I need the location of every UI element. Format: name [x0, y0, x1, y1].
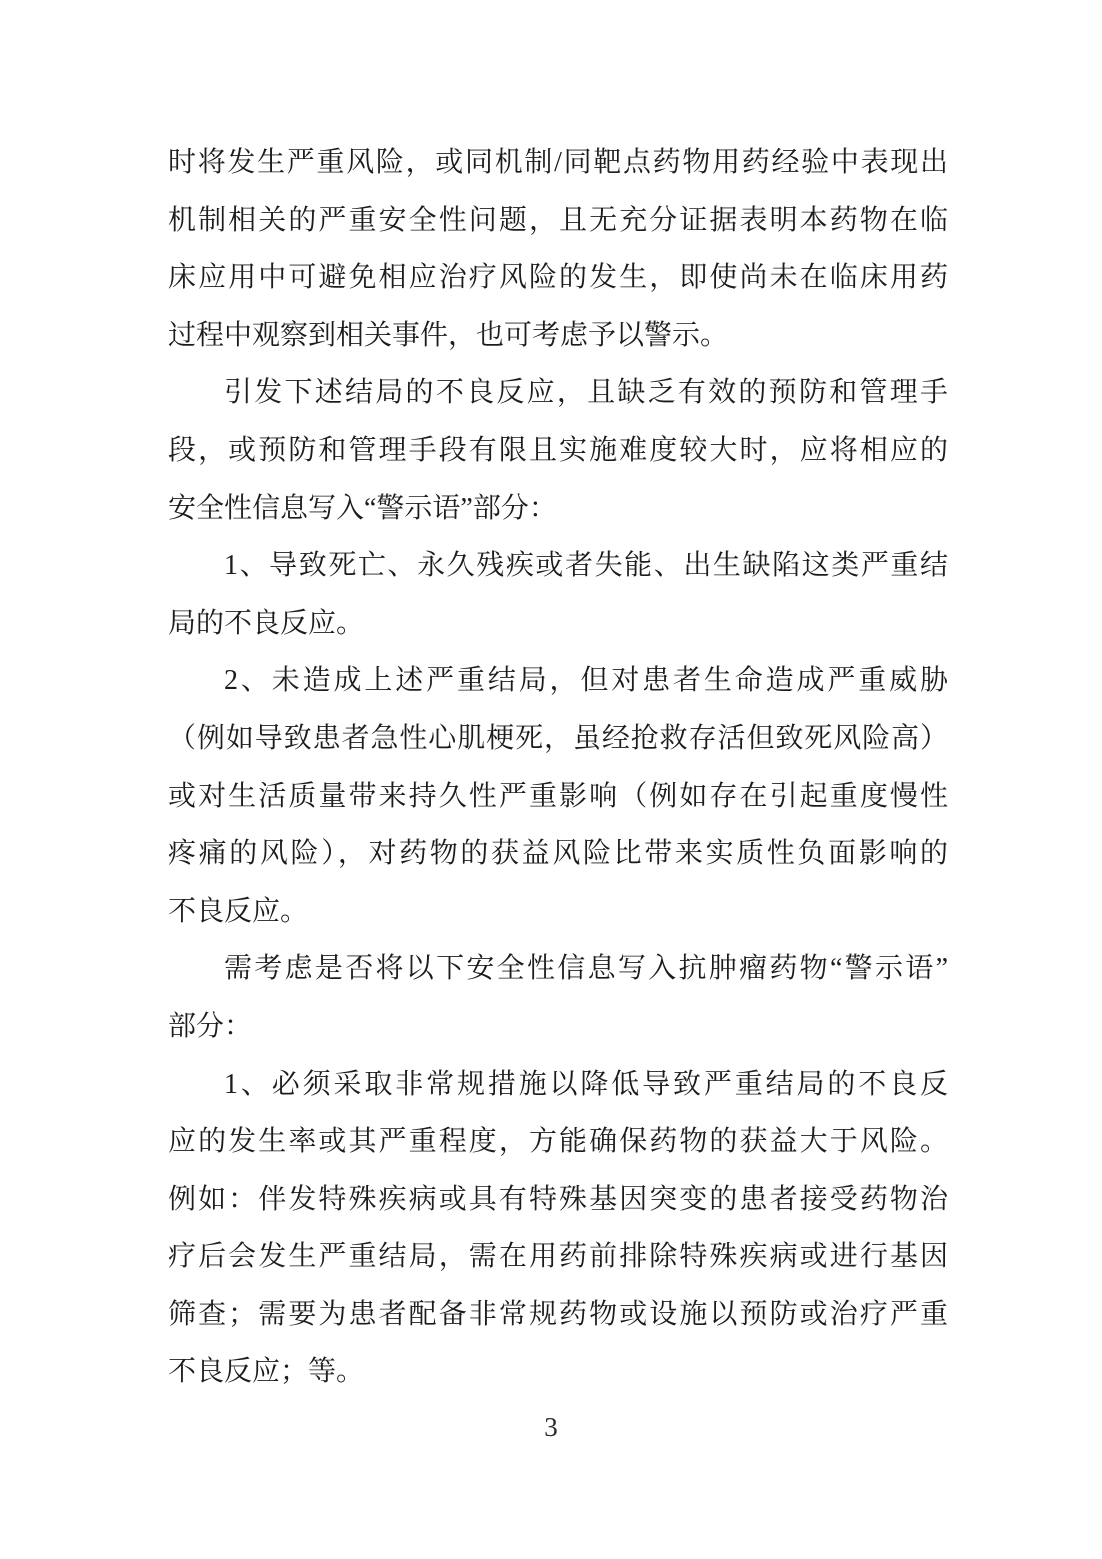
text-line: 筛查；需要为患者配备非常规药物或设施以预防或治疗严重 [168, 1286, 948, 1344]
text-line: 局的不良反应。 [168, 595, 948, 653]
page-number: 3 [0, 1412, 1102, 1443]
text-line: 1、导致死亡、永久残疾或者失能、出生缺陷这类严重结 [168, 537, 948, 595]
text-line: 不良反应。 [168, 883, 948, 941]
text-line: 或对生活质量带来持久性严重影响（例如存在引起重度慢性 [168, 768, 948, 826]
text-line: 应的发生率或其严重程度，方能确保药物的获益大于风险。 [168, 1113, 948, 1171]
text-line: 1、必须采取非常规措施以降低导致严重结局的不良反 [168, 1056, 948, 1114]
text-line: 部分： [168, 998, 948, 1056]
text-line: 2、未造成上述严重结局，但对患者生命造成严重威胁 [168, 652, 948, 710]
document-page: 时将发生严重风险，或同机制/同靶点药物用药经验中表现出机制相关的严重安全性问题，… [0, 0, 1102, 1559]
text-line: 引发下述结局的不良反应，且缺乏有效的预防和管理手 [168, 364, 948, 422]
text-line: 段，或预防和管理手段有限且实施难度较大时，应将相应的 [168, 422, 948, 480]
text-line: 安全性信息写入“警示语”部分： [168, 480, 948, 538]
text-line: 床应用中可避免相应治疗风险的发生，即使尚未在临床用药 [168, 249, 948, 307]
text-line: 例如：伴发特殊疾病或具有特殊基因突变的患者接受药物治 [168, 1171, 948, 1229]
text-line: 机制相关的严重安全性问题，且无充分证据表明本药物在临 [168, 192, 948, 250]
text-line: 时将发生严重风险，或同机制/同靶点药物用药经验中表现出 [168, 134, 948, 192]
text-line: 疼痛的风险），对药物的获益风险比带来实质性负面影响的 [168, 825, 948, 883]
text-line: 不良反应；等。 [168, 1343, 948, 1401]
text-line: 过程中观察到相关事件，也可考虑予以警示。 [168, 307, 948, 365]
text-block: 时将发生严重风险，或同机制/同靶点药物用药经验中表现出机制相关的严重安全性问题，… [168, 134, 948, 1401]
text-line: 需考虑是否将以下安全性信息写入抗肿瘤药物“警示语” [168, 940, 948, 998]
text-line: 疗后会发生严重结局，需在用药前排除特殊疾病或进行基因 [168, 1228, 948, 1286]
text-line: （例如导致患者急性心肌梗死，虽经抢救存活但致死风险高） [168, 710, 948, 768]
